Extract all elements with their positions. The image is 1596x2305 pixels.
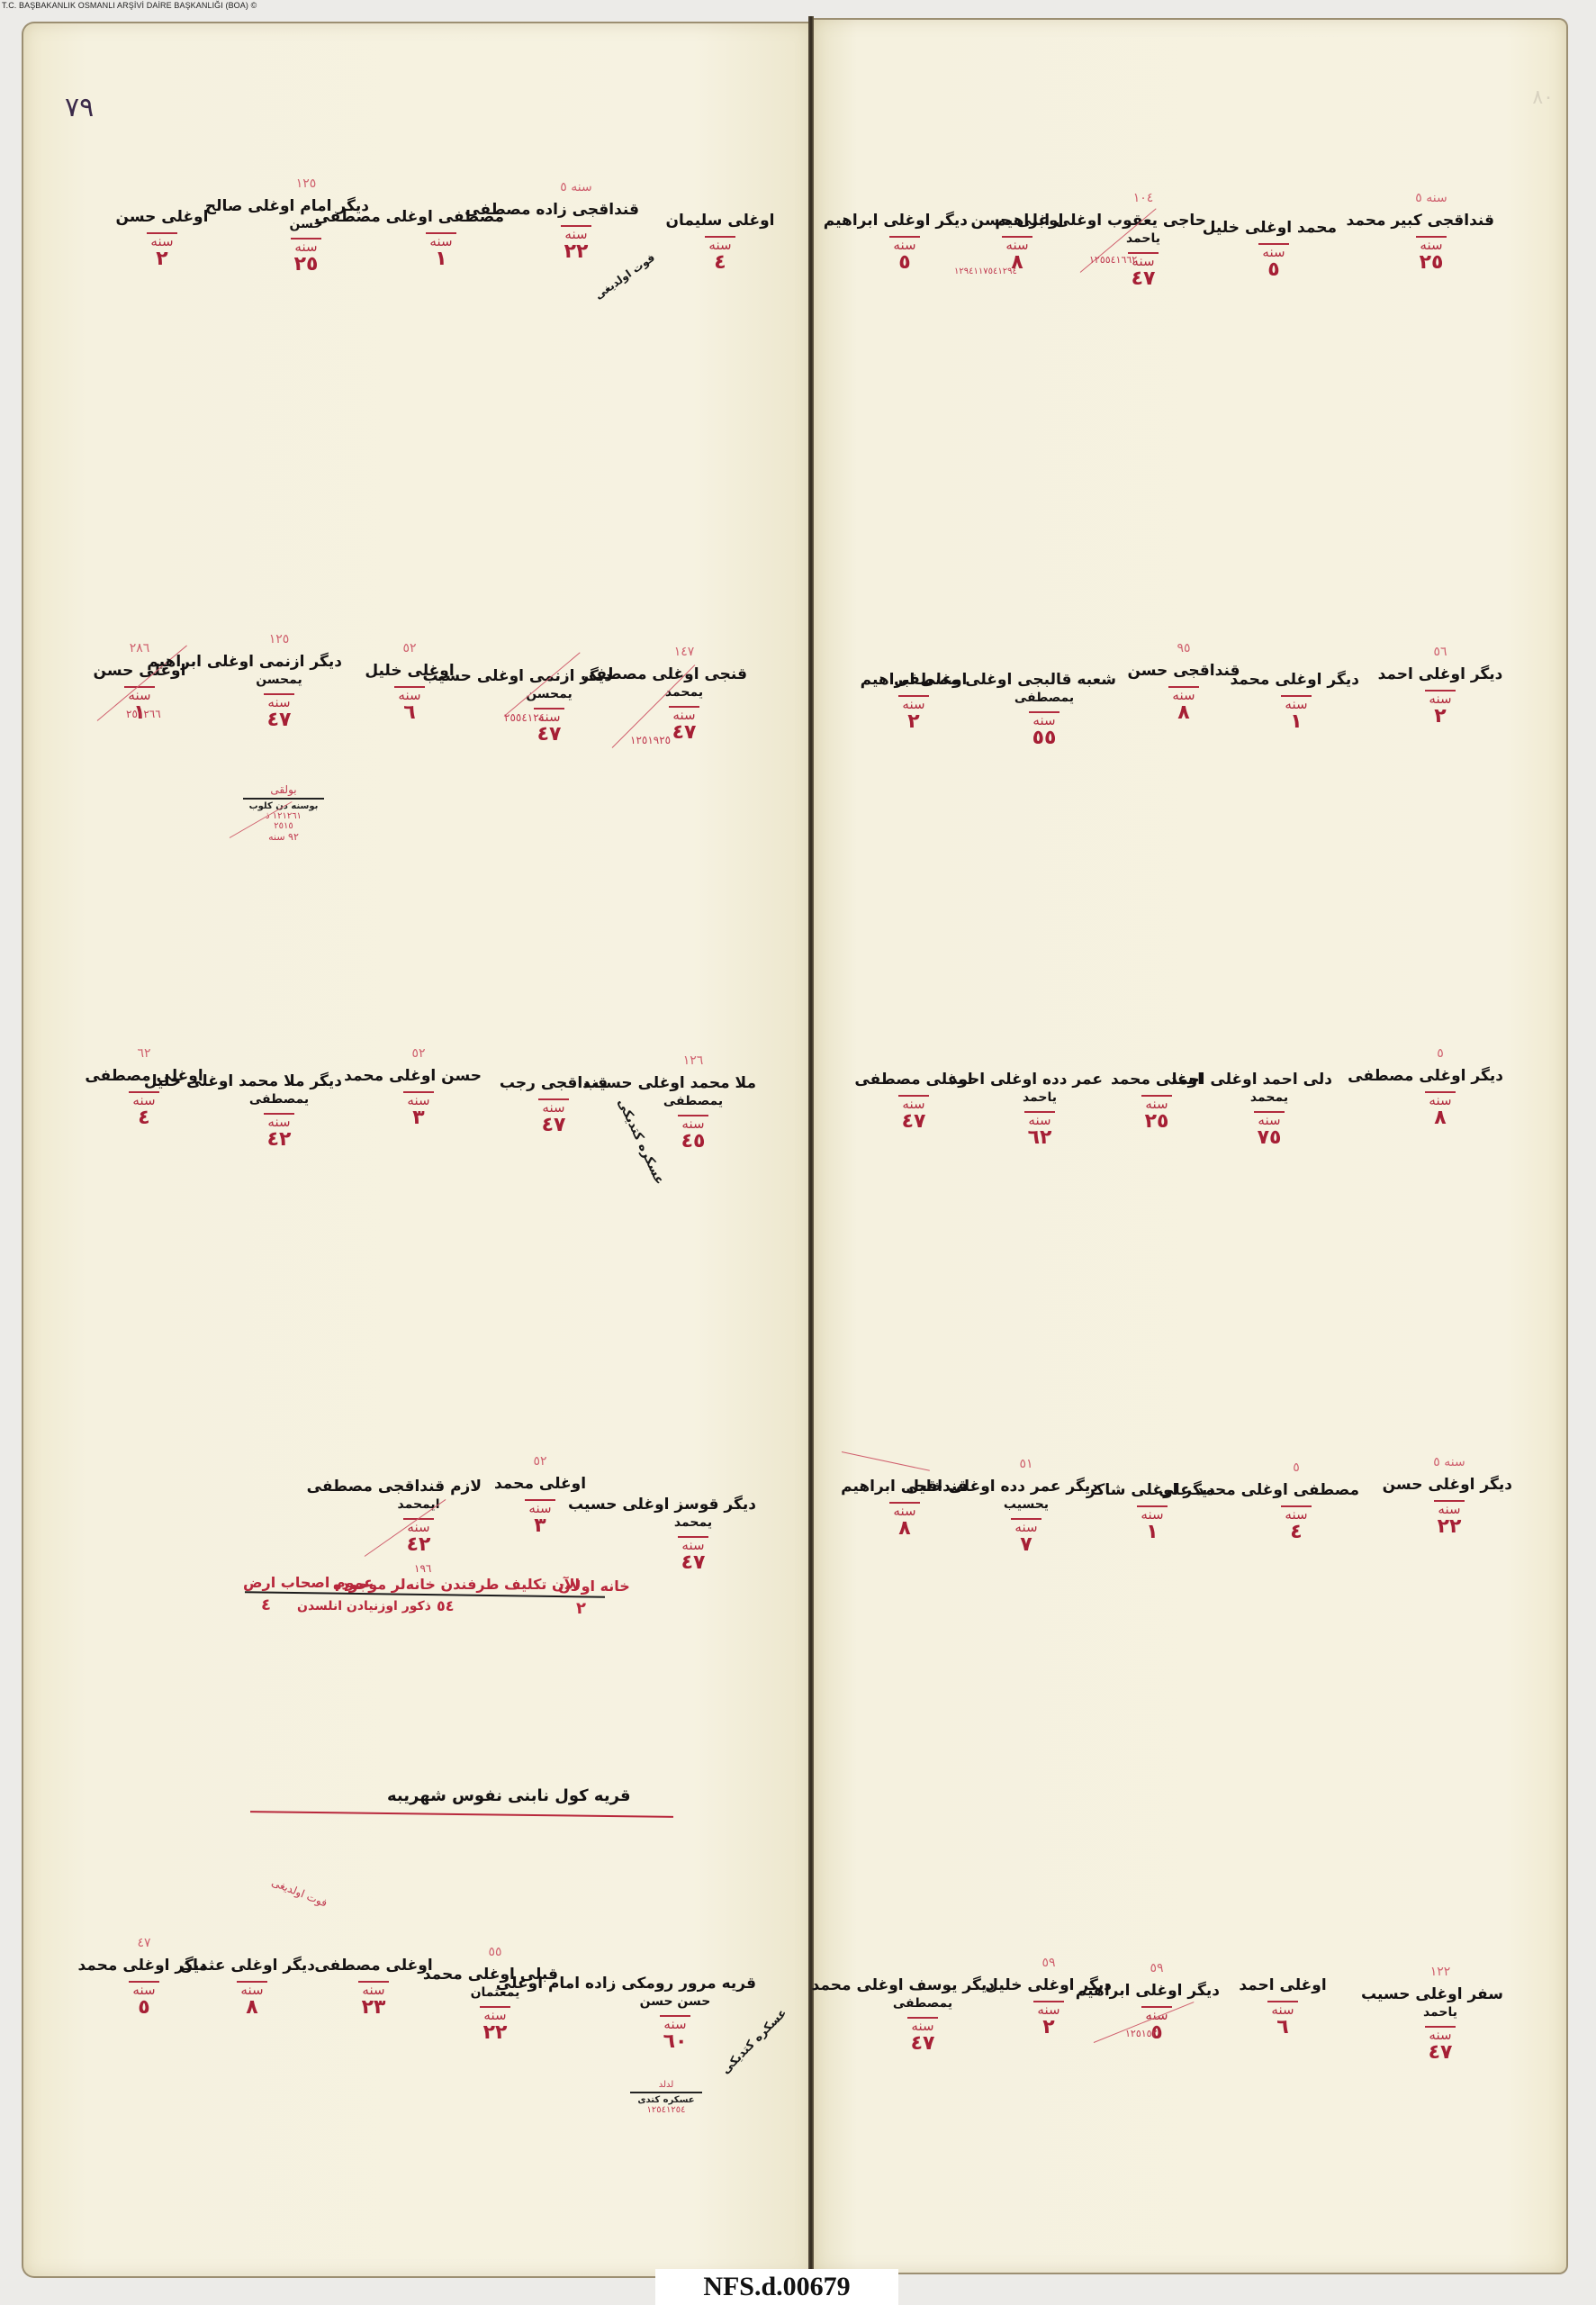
strike-note: ١٩٦: [414, 1562, 431, 1575]
age-label: سنه: [264, 1113, 294, 1129]
entry-name: حسن اوغلی محمد: [356, 1066, 482, 1086]
folio-number-right: ٨٠: [1532, 86, 1554, 109]
strike-note: ٢٥٥٤١٢٤: [504, 711, 545, 724]
register-entry: ٥٥ قبلی اوغلی محمد یمعثمان سنه ٢٢: [432, 1945, 558, 2044]
entry-age: ٨: [189, 1997, 315, 2019]
register-entry: ٩٥ قنداقجی حسن سنه ٨: [1121, 641, 1247, 724]
entry-note: سنه ٥: [1386, 1455, 1512, 1475]
register-entry: ١٢٦ ملا محمد اوغلی حسیب یمصطفی سنه ٤٥: [630, 1053, 756, 1152]
entry-age: ٢: [986, 2017, 1112, 2038]
age-label: سنه: [291, 238, 321, 254]
entry-name: اوغلی محمد: [477, 1474, 603, 1494]
register-entry: ٥٦ دیگر اوغلی احمد سنه ٢: [1377, 645, 1503, 728]
age-label: سنه: [129, 1091, 159, 1107]
marginal-block: بولقی بوسنه دن کلوب ١٢١٢٦١ ذ ٢٥١٥ ٩٢ سنه: [243, 783, 324, 843]
age-label: سنه: [394, 686, 425, 702]
entry-note: [851, 1956, 995, 1975]
entry-age: ٢: [1377, 706, 1503, 728]
register-entry: اوغلی مصطفی سنه ٤٧: [851, 1050, 977, 1133]
entry-note: ١٢٢: [1377, 1965, 1503, 1984]
entry-name: عمر دده اوغلی احمد: [977, 1070, 1103, 1089]
bottom-block-title: لدلد: [630, 2080, 702, 2090]
register-entry: قریه مرور رومکی زاده امام اوغلی حسن حسن …: [594, 1954, 756, 2053]
register-entry: دیگر یوسف اوغلی محمد یمصطفی سنه ٤٧: [851, 1956, 995, 2055]
entry-name: قنداقجی حسن: [1121, 661, 1247, 681]
entry-note: [311, 1936, 437, 1956]
entry-age: ٣: [356, 1107, 482, 1129]
age-label: سنه: [889, 236, 920, 252]
entry-name: قریه مرور رومکی زاده امام اوغلی: [594, 1974, 756, 1993]
register-entry: ٥ دیگر اوغلی مصطفی سنه ٨: [1377, 1046, 1503, 1129]
entry-note: ١٠٤: [1080, 191, 1206, 211]
register-entry: دلی احمد اوغلی احمد یمحمد سنه ٧٥: [1206, 1050, 1332, 1149]
entry-age: ٢٥: [1094, 1111, 1220, 1133]
entry-name: قنداقجی زاده مصطفی: [513, 200, 639, 220]
entry-note: [1094, 1050, 1220, 1070]
entry-name: اوغلی احمد: [1220, 1975, 1346, 1995]
age-label: سنه: [1033, 2001, 1064, 2017]
entry-age: ٢٢: [513, 241, 639, 263]
entry-age: ٧٥: [1206, 1127, 1332, 1149]
entry-age: ٤٧: [486, 724, 612, 746]
age-label: سنه: [1434, 1500, 1465, 1516]
entry-note: ٥٢: [347, 641, 473, 661]
age-label: سنه: [237, 1981, 267, 1997]
entry-note: ١٢٦: [630, 1053, 756, 1073]
entry-note: [842, 191, 968, 211]
entry-note: [851, 650, 977, 670]
entry-name: دیگر اوغلی احمد: [1377, 664, 1503, 684]
age-label: سنه: [1011, 1518, 1041, 1534]
entry-father: یمحمد: [621, 684, 747, 701]
entry-note: ٥٢: [477, 1454, 603, 1474]
entry-note: ١٢٥: [243, 176, 369, 196]
entry-age: ٥: [1211, 259, 1337, 281]
bottom-marginal-block: لدلد عسکره کتدی ١٢٥٤١٢٥٤: [630, 2080, 702, 2115]
bottom-block-line: ١٢٥٤١٢٥٤: [630, 2105, 702, 2115]
strike-note: ١٢٥٥٤١٦٦٢: [1089, 254, 1137, 266]
entry-name: دیگر اوغلی حسن: [1386, 1475, 1512, 1495]
marginal-line: ٩٢ سنه: [243, 831, 324, 843]
register-entry: ١٤٧ قنجی اوغلی مصطفی یمحمد سنه ٤٧: [621, 645, 747, 744]
entry-note: [491, 1053, 617, 1073]
entry-name: شعبه قالبجی اوغلی مصطفی: [972, 670, 1116, 690]
age-label: سنه: [525, 1499, 555, 1515]
entry-age: ١: [378, 249, 504, 270]
entry-father: یاحمد: [1080, 230, 1206, 247]
age-label: سنه: [1029, 711, 1059, 728]
entry-note: [977, 1050, 1103, 1070]
entry-note: [189, 1936, 315, 1956]
entry-name: دیگر اوغلی محمد: [1233, 670, 1359, 690]
strike-note: ١٢٥١٩٢٥: [630, 734, 671, 746]
entry-father: ایمحمد: [356, 1496, 482, 1513]
register-entry: دیگر ملا محمد اوغلی خلیل یمصطفی سنه ٤٢: [216, 1052, 342, 1151]
age-label: سنه: [426, 232, 456, 249]
entry-name: دیگر یوسف اوغلی محمد: [851, 1975, 995, 1995]
entry-name: دیگر قوسز اوغلی حسیب: [630, 1495, 756, 1514]
entry-note: سنه ٥: [513, 180, 639, 200]
register-entry: ٤٧ دیگر اوغلی محمد سنه ٥: [81, 1936, 207, 2019]
marginal-line: ١٢١٢٦١ ذ: [243, 811, 324, 821]
age-label: سنه: [678, 1536, 708, 1552]
entry-age: ٤٧: [630, 1552, 756, 1574]
register-entry: اوغلی حسن سنه ٨: [954, 191, 1080, 274]
age-label: سنه: [1425, 690, 1456, 706]
age-label: سنه: [889, 1502, 920, 1518]
age-label: سنه: [1281, 695, 1312, 711]
entry-age: ٤٧: [491, 1115, 617, 1136]
folio-number-left: ٧٩: [65, 92, 94, 123]
entry-age: ٢٥: [243, 254, 369, 276]
entry-age: ٤٢: [356, 1534, 482, 1556]
entry-name: ملا محمد اوغلی حسیب: [630, 1073, 756, 1093]
entry-name: محمد اوغلی خلیل: [1211, 218, 1337, 238]
age-label: سنه: [403, 1091, 434, 1107]
register-entry: دیگر اوغلی عثمان سنه ٨: [189, 1936, 315, 2019]
entry-age: ١: [1233, 711, 1359, 733]
entry-father: یاحمد: [1377, 2004, 1503, 2020]
entry-note: [594, 1954, 756, 1974]
register-entry: اوغلی احمد سنه ٦: [1220, 1956, 1346, 2038]
strike-note: ٢٥١٢٦٦: [126, 708, 161, 720]
book-spine: [808, 16, 814, 2276]
entry-age: ٥٥: [972, 728, 1116, 749]
register-entry: ٥ مصطفی اوغلی محمد علی سنه ٤: [1233, 1460, 1359, 1543]
register-entry: قنداقجی ابراهیم سنه ٨: [842, 1457, 968, 1540]
entry-name: لازم قنداقجی مصطفی: [356, 1477, 482, 1496]
entry-father: یمحسن: [216, 672, 342, 688]
entry-age: ٢٢: [1386, 1516, 1512, 1538]
age-label: سنه: [1168, 686, 1199, 702]
entry-note: [216, 1052, 342, 1071]
section-title: قریه کول نابنی نفوس شهریبه: [387, 1786, 631, 1805]
entry-note: ٥٢: [356, 1046, 482, 1066]
entry-father: یاحمد: [977, 1089, 1103, 1106]
entry-name: دیگر ازنمی اوغلی ابراهیم: [216, 652, 342, 672]
entry-note: [1089, 1460, 1215, 1480]
entry-note: ٩٥: [1121, 641, 1247, 661]
entry-father: حسن حسن: [594, 1993, 756, 2010]
age-label: سنه: [705, 236, 735, 252]
register-entry: اوغلی ابراهیم سنه ٢: [851, 650, 977, 733]
entry-age: ٢٢: [432, 2022, 558, 2044]
register-entry: سنه ٥ قنداقجی کبیر محمد سنه ٢٥: [1368, 191, 1494, 274]
register-entry: ٥٢ حسن اوغلی محمد سنه ٣: [356, 1046, 482, 1129]
entry-name: دیگر عمر دده اوغلی خلیل: [954, 1477, 1098, 1496]
age-label: سنه: [678, 1115, 708, 1131]
entry-note: [851, 1050, 977, 1070]
entry-age: ٨: [842, 1518, 968, 1540]
entry-father: یمحسن: [486, 686, 612, 702]
age-label: سنه: [358, 1981, 389, 1997]
register-entry: محمد اوغلی خلیل سنه ٥: [1211, 198, 1337, 281]
archive-call-number: NFS.d.00679: [655, 2269, 898, 2305]
age-label: سنه: [1141, 1095, 1172, 1111]
entry-father: یحسیب: [954, 1496, 1098, 1513]
entry-note: ٥٥: [432, 1945, 558, 1965]
entry-age: ٢٣: [311, 1997, 437, 2019]
age-label: سنه: [669, 706, 699, 722]
entry-note: [356, 1457, 482, 1477]
entry-age: ٦: [347, 702, 473, 724]
entry-name: سفر اوغلی حسیب: [1377, 1984, 1503, 2004]
entry-age: ٦٢: [977, 1127, 1103, 1149]
entry-note: [657, 191, 783, 211]
register-entry: لازم قنداقجی مصطفی ایمحمد سنه ٤٢: [356, 1457, 482, 1556]
age-label: سنه: [561, 225, 591, 241]
bottom-block-line: عسکره کتدی: [630, 2095, 702, 2105]
entry-father: یمحمد: [630, 1514, 756, 1531]
right-page: ٨٠: [812, 18, 1568, 2274]
entry-age: ٥: [81, 1997, 207, 2019]
age-label: سنه: [1002, 236, 1032, 252]
entry-note: ٥١: [954, 1457, 1098, 1477]
summary-middle-sub: ذکور اوزنیادن انلسدن: [297, 1599, 431, 1613]
age-label: سنه: [1425, 1091, 1456, 1107]
entry-age: ٢: [851, 711, 977, 733]
entry-father: یمصطفی: [630, 1093, 756, 1109]
entry-note: ٦٢: [81, 1046, 207, 1066]
entry-age: ٥: [842, 252, 968, 274]
entry-note: ١٢٥: [216, 632, 342, 652]
entry-age: ٤: [81, 1107, 207, 1129]
register-entry: دیگر اوغلی ابراهیم سنه ٥: [842, 191, 968, 274]
register-entry: دیگر اوغلی محمد سنه ١: [1233, 650, 1359, 733]
age-label: سنه: [907, 2017, 938, 2033]
age-label: سنه: [264, 693, 294, 710]
entry-name: دلی احمد اوغلی احمد: [1206, 1070, 1332, 1089]
entry-note: ٥: [1377, 1046, 1503, 1066]
entry-name: دیگر ملا محمد اوغلی خلیل: [216, 1071, 342, 1091]
entry-name: دیگر اوغلی مصطفی: [1377, 1066, 1503, 1086]
age-label: سنه: [147, 232, 177, 249]
register-entry: ١٠٤ حاجی یعقوب اوغلی ابراهیم یاحمد سنه ٤…: [1080, 191, 1206, 290]
age-label: سنه: [1024, 1111, 1055, 1127]
entry-note: ٥: [1233, 1460, 1359, 1480]
entry-note: سنه ٥: [1368, 191, 1494, 211]
entry-note: ٥٩: [986, 1956, 1112, 1975]
entry-name: اوغلی سلیمان: [657, 211, 783, 230]
entry-father: یمصطفی: [216, 1091, 342, 1107]
entry-name: حاجی یعقوب اوغلی ابراهیم: [1080, 211, 1206, 230]
entry-note: [972, 650, 1116, 670]
summary-right-value: ٢: [576, 1599, 586, 1618]
archive-credit: T.C. BAŞBAKANLIK OSMANLI ARŞİVİ DAİRE BA…: [2, 1, 257, 10]
entry-father: یمصطفی: [972, 690, 1116, 706]
summary-left-value: ٤: [261, 1595, 271, 1614]
entry-note: [1211, 198, 1337, 218]
entry-note: [486, 646, 612, 666]
age-label: سنه: [1425, 2026, 1456, 2042]
age-label: سنه: [1267, 2001, 1298, 2017]
entry-note: [954, 191, 1080, 211]
entry-age: ٢: [99, 249, 225, 270]
entry-name: مصطفی اوغلی محمد علی: [1233, 1480, 1359, 1500]
register-entry: ٥١ دیگر عمر دده اوغلی خلیل یحسیب سنه ٧: [954, 1457, 1098, 1556]
underline-note: ١٢٩٤١١٧٥٤١٢٩٤: [954, 267, 1017, 276]
age-label: سنه: [1281, 1505, 1312, 1522]
register-entry: دیگر قوسز اوغلی حسیب یمحمد سنه ٤٧: [630, 1475, 756, 1574]
entry-note: ٥٦: [1377, 645, 1503, 664]
entry-age: ٨: [1121, 702, 1247, 724]
entry-name: دیگر اوغلی ابراهیم: [842, 211, 968, 230]
age-label: سنه: [1254, 1111, 1285, 1127]
entry-age: ٤٧: [1080, 268, 1206, 290]
entry-age: ٤: [657, 252, 783, 274]
entry-note: ٥٩: [1094, 1961, 1220, 1981]
entry-father: یمحمد: [1206, 1089, 1332, 1106]
age-label: سنه: [129, 1981, 159, 1997]
register-entry: ١٢٥ دیگر ازنمی اوغلی ابراهیم یمحسن سنه ٤…: [216, 632, 342, 731]
entry-age: ٤٧: [216, 710, 342, 731]
entry-note: [1220, 1956, 1346, 1975]
register-entry: دیگر اوغلی شاکر سنه ١: [1089, 1460, 1215, 1543]
register-entry: اوغلی محمد سنه ٢٥: [1094, 1050, 1220, 1133]
entry-age: ٤٧: [851, 1111, 977, 1133]
entry-age: ٢٥: [1368, 252, 1494, 274]
entry-note: [1206, 1050, 1332, 1070]
entry-name: اوغلی مصطفی: [311, 1956, 437, 1975]
entry-note: ١٤٧: [621, 645, 747, 664]
age-label: سنه: [898, 695, 929, 711]
entry-note: ٤٧: [81, 1936, 207, 1956]
entry-name: قنداقجی کبیر محمد: [1368, 211, 1494, 230]
entry-note: [630, 1475, 756, 1495]
entry-age: ٦٠: [594, 2031, 756, 2053]
summary-middle-value: ٥٤: [437, 1597, 455, 1614]
entry-father: یمصطفی: [851, 1995, 995, 2011]
register-entry: دیگر ازنمی اوغلی حسیب یمحسن سنه ٤٧: [486, 646, 612, 746]
register-entry: اوغلی مصطفی سنه ٢٣: [311, 1936, 437, 2019]
age-label: سنه: [660, 2015, 690, 2031]
age-label: سنه: [1258, 243, 1289, 259]
entry-age: ٨: [1377, 1107, 1503, 1129]
entry-age: ٤٧: [1377, 2042, 1503, 2064]
entry-age: ٤٧: [851, 2033, 995, 2055]
entry-note: [1233, 650, 1359, 670]
age-label: سنه: [1416, 236, 1447, 252]
strike-note: ١٢٥١٥٢: [1125, 2028, 1157, 2039]
summary-middle-label: الآن تکلیف طرفندن خانه‌لر موجوده: [333, 1576, 580, 1593]
register-entry: شعبه قالبجی اوغلی مصطفی یمصطفی سنه ٥٥: [972, 650, 1116, 749]
age-label: سنه: [538, 1098, 569, 1115]
age-label: سنه: [480, 2006, 510, 2022]
marginal-block-title: بولقی: [243, 783, 324, 796]
register-entry: سنه ٥ دیگر اوغلی حسن سنه ٢٢: [1386, 1455, 1512, 1538]
register-entry: ١٢٢ سفر اوغلی حسیب یاحمد سنه ٤٧: [1377, 1965, 1503, 2064]
age-label: سنه: [898, 1095, 929, 1111]
entry-age: ٦: [1220, 2017, 1346, 2038]
summary-right-label: خانه اولان: [558, 1577, 630, 1595]
entry-name: دیگر اوغلی ابراهیم: [1094, 1981, 1220, 2001]
entry-name: دیگر اوغلی عثمان: [189, 1956, 315, 1975]
age-label: سنه: [1137, 1505, 1168, 1522]
entry-age: ٤: [1233, 1522, 1359, 1543]
register-entry: سنه ٥ قنداقجی زاده مصطفی سنه ٢٢: [513, 180, 639, 263]
register-entry: عمر دده اوغلی احمد یاحمد سنه ٦٢: [977, 1050, 1103, 1149]
entry-note: [842, 1457, 968, 1477]
entry-age: ٧: [954, 1534, 1098, 1556]
entry-age: ٤٢: [216, 1129, 342, 1151]
entry-age: ٣: [477, 1515, 603, 1537]
register-entry: اوغلی سلیمان سنه ٤: [657, 191, 783, 274]
entry-age: ١: [1089, 1522, 1215, 1543]
register-entry: قنداقجی رجب سنه ٤٧: [491, 1053, 617, 1136]
